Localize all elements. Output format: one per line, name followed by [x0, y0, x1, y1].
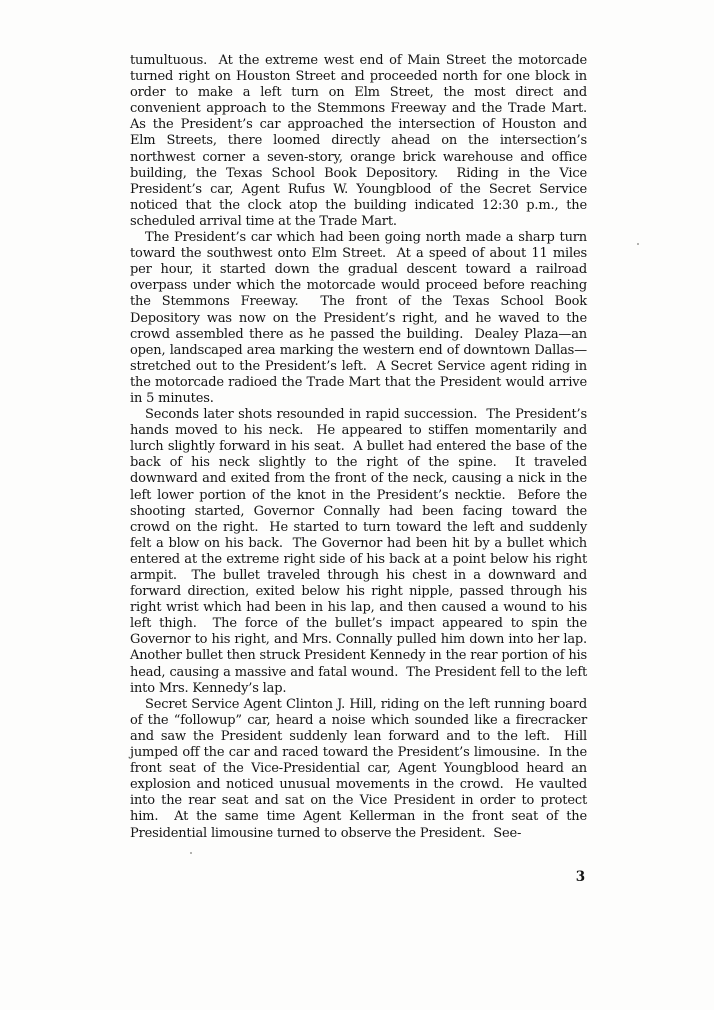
document-page: tumultuous. At the extreme west end of M…	[0, 0, 714, 1010]
page-number: 3	[130, 869, 587, 885]
page-text-block: tumultuous. At the extreme west end of M…	[130, 53, 587, 885]
scan-speck	[637, 243, 639, 245]
body-paragraph: Seconds later shots resounded in rapid s…	[130, 407, 587, 697]
body-paragraph: Secret Service Agent Clinton J. Hill, ri…	[130, 697, 587, 842]
body-paragraph: tumultuous. At the extreme west end of M…	[130, 53, 587, 230]
scan-speck	[190, 852, 192, 854]
body-paragraph: The President’s car which had been going…	[130, 230, 587, 407]
